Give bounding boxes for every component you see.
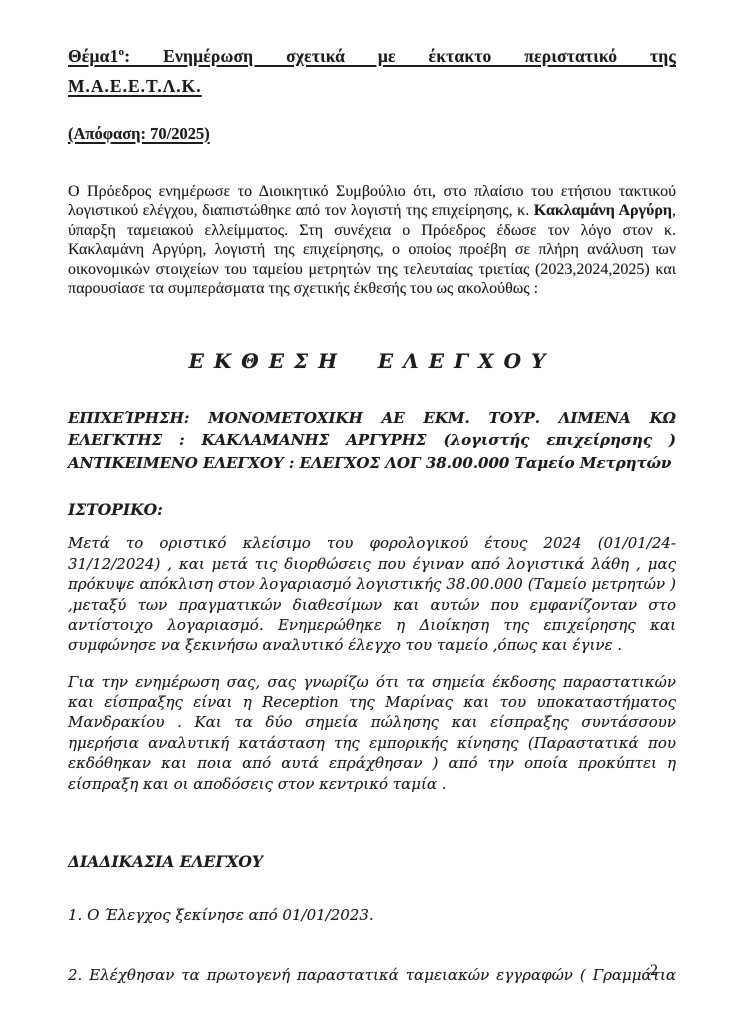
procedure-item-2: 2. Ελέχθησαν τα πρωτογενή παραστατικά τα… xyxy=(68,965,676,985)
report-meta-auditor: ΕΛΕΓΚΤΗΣ : ΚΑΚΛΑΜΑΝΗΣ ΑΡΓΥΡΗΣ (λογιστής … xyxy=(68,429,676,452)
section-heading-istoriko: ΙΣΤΟΡΙΚΟ: xyxy=(68,500,676,519)
doc-title-topic: Θέμα1 xyxy=(68,46,119,66)
istoriko-paragraph-2: Για την ενημέρωση σας, σας γνωρίζω ότι τ… xyxy=(68,672,676,794)
section-heading-diadikasia: ΔΙΑΔΙΚΑΣΙΑ ΕΛΕΓΧΟΥ xyxy=(68,852,676,871)
page-number: 2 xyxy=(650,962,658,980)
report-title: ΕΚΘΕΣΗ ΕΛΕΓΧΟΥ xyxy=(68,349,676,373)
decision-reference-text: (Απόφαση: 70/2025) xyxy=(68,124,210,143)
doc-title-line2: Μ.Α.Ε.Ε.Τ.Λ.Κ. xyxy=(68,76,202,98)
decision-reference: (Απόφαση: 70/2025) xyxy=(68,124,676,144)
istoriko-paragraph-1: Μετά το οριστικό κλείσιμο του φορολογικο… xyxy=(68,533,676,655)
document-content: Θέμα1ο: Ενημέρωση σχετικά με έκτακτο περ… xyxy=(0,0,744,986)
intro-paragraph: Ο Πρόεδρος ενημέρωσε το Διοικητικό Συμβο… xyxy=(68,182,676,299)
doc-title-text: : Ενημέρωση σχετικά με έκτακτο περιστατι… xyxy=(124,46,676,66)
doc-title-line1: Θέμα1ο: Ενημέρωση σχετικά με έκτακτο περ… xyxy=(68,46,676,68)
report-meta: ΕΠΙΧΕΊΡΗΣΗ: ΜΟΝΟΜΕΤΟΧΙΚΗ ΑΕ ΕΚΜ. ΤΟΥΡ. Λ… xyxy=(68,407,676,475)
doc-title: Θέμα1ο: Ενημέρωση σχετικά με έκτακτο περ… xyxy=(68,46,676,98)
intro-bold-name: Κακλαμάνη Αργύρη xyxy=(534,202,672,219)
report-meta-company: ΕΠΙΧΕΊΡΗΣΗ: ΜΟΝΟΜΕΤΟΧΙΚΗ ΑΕ ΕΚΜ. ΤΟΥΡ. Λ… xyxy=(68,407,676,430)
procedure-item-1: 1. Ο Έλεγχος ξεκίνησε από 01/01/2023. xyxy=(68,905,676,925)
report-meta-subject: ΑΝΤΙΚΕΙΜΕΝΟ ΕΛΕΓΧΟΥ : ΕΛΕΓΧΟΣ ΛΟΓ 38.00.… xyxy=(68,452,676,475)
document-page: Θέμα1ο: Ενημέρωση σχετικά με έκτακτο περ… xyxy=(0,0,744,1024)
